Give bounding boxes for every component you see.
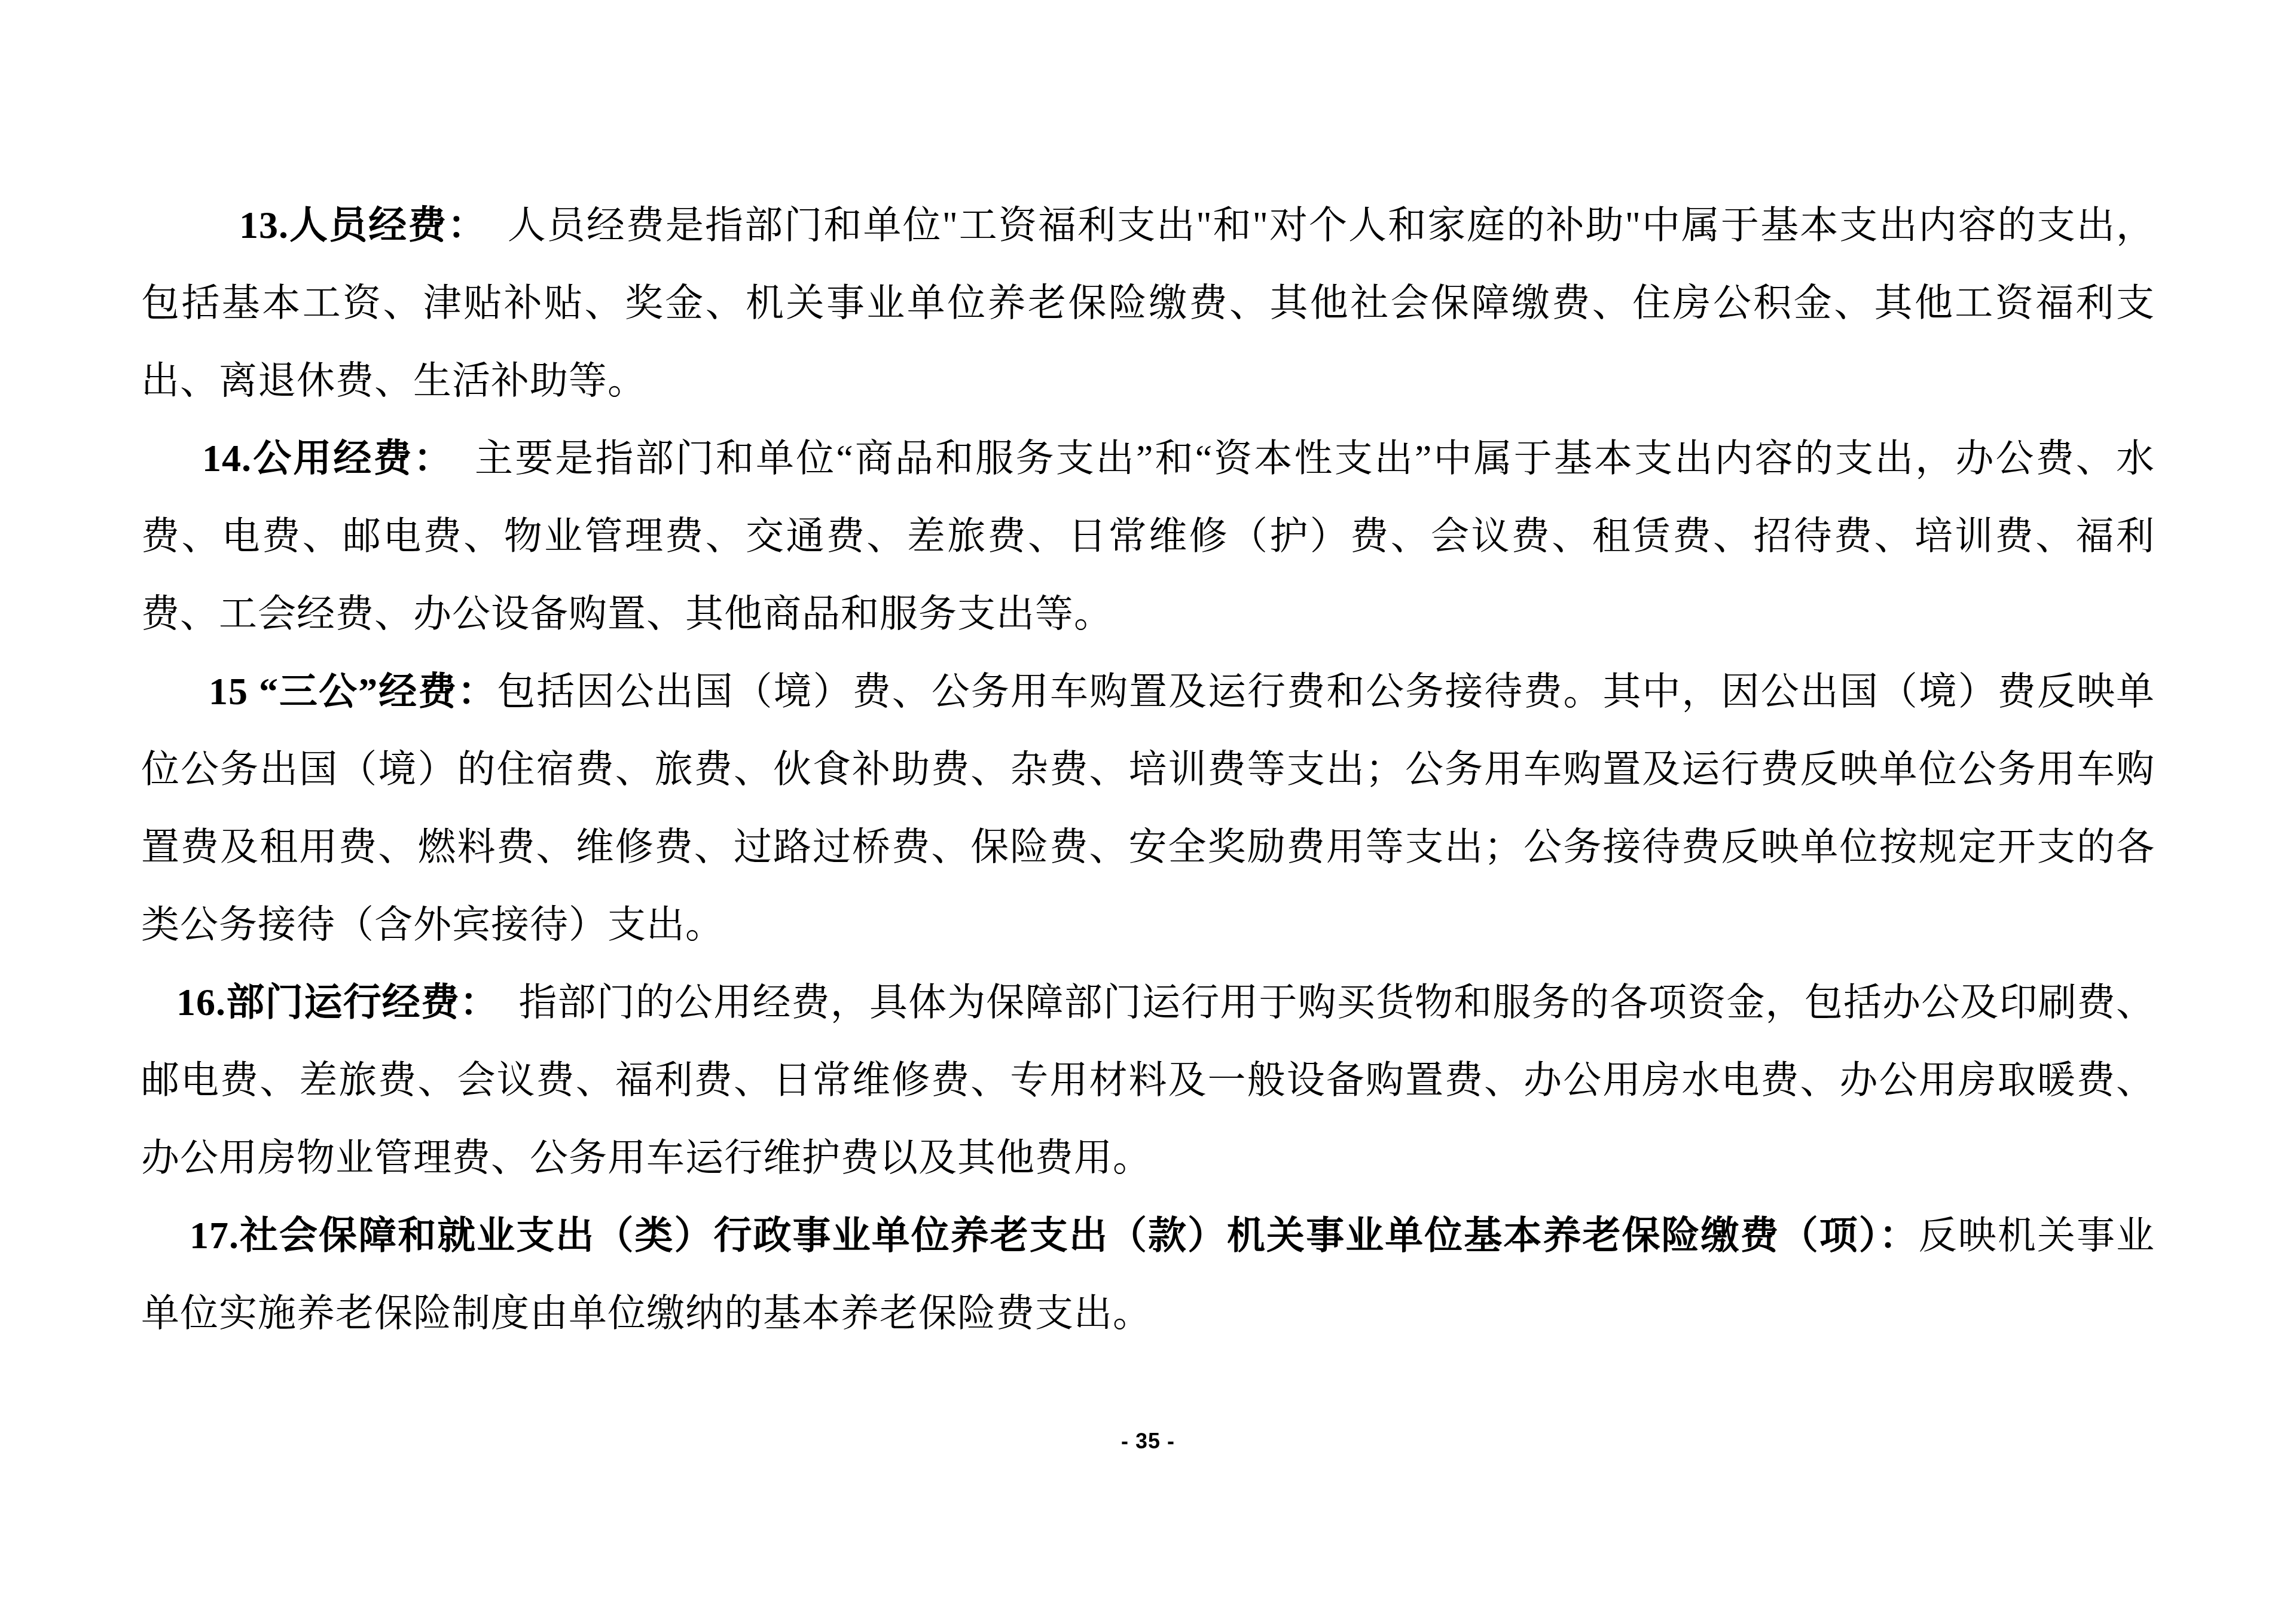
paragraph-17-social-security-expenditure: 17.社会保障和就业支出（类）行政事业单位养老支出（款）机关事业单位基本养老保险…	[141, 1197, 2155, 1352]
page-number: - 35 -	[0, 1429, 2296, 1454]
document-page: 13.人员经费： 人员经费是指部门和单位"工资福利支出"和"对个人和家庭的补助"…	[0, 0, 2296, 1623]
paragraph-15-heading: 15 “三公”经费：	[209, 670, 497, 713]
paragraph-17-heading: 17.社会保障和就业支出（类）行政事业单位养老支出（款）机关事业单位基本养老保险…	[190, 1214, 1919, 1257]
paragraph-14-public-funds: 14.公用经费： 主要是指部门和单位“商品和服务支出”和“资本性支出”中属于基本…	[141, 420, 2155, 653]
paragraph-13-personnel-funds: 13.人员经费： 人员经费是指部门和单位"工资福利支出"和"对个人和家庭的补助"…	[141, 187, 2155, 420]
paragraph-14-heading: 14.公用经费：	[202, 437, 435, 479]
paragraph-13-heading: 13.人员经费：	[239, 204, 468, 246]
paragraph-15-three-public-funds: 15 “三公”经费：包括因公出国（境）费、公务用车购置及运行费和公务接待费。其中…	[141, 653, 2155, 964]
paragraph-14-body: 主要是指部门和单位“商品和服务支出”和“资本性支出”中属于基本支出内容的支出，办…	[141, 437, 2155, 635]
paragraph-16-department-operating-funds: 16.部门运行经费： 指部门的公用经费，具体为保障部门运行用于购买货物和服务的各…	[141, 964, 2155, 1197]
paragraph-16-heading: 16.部门运行经费：	[176, 981, 480, 1023]
